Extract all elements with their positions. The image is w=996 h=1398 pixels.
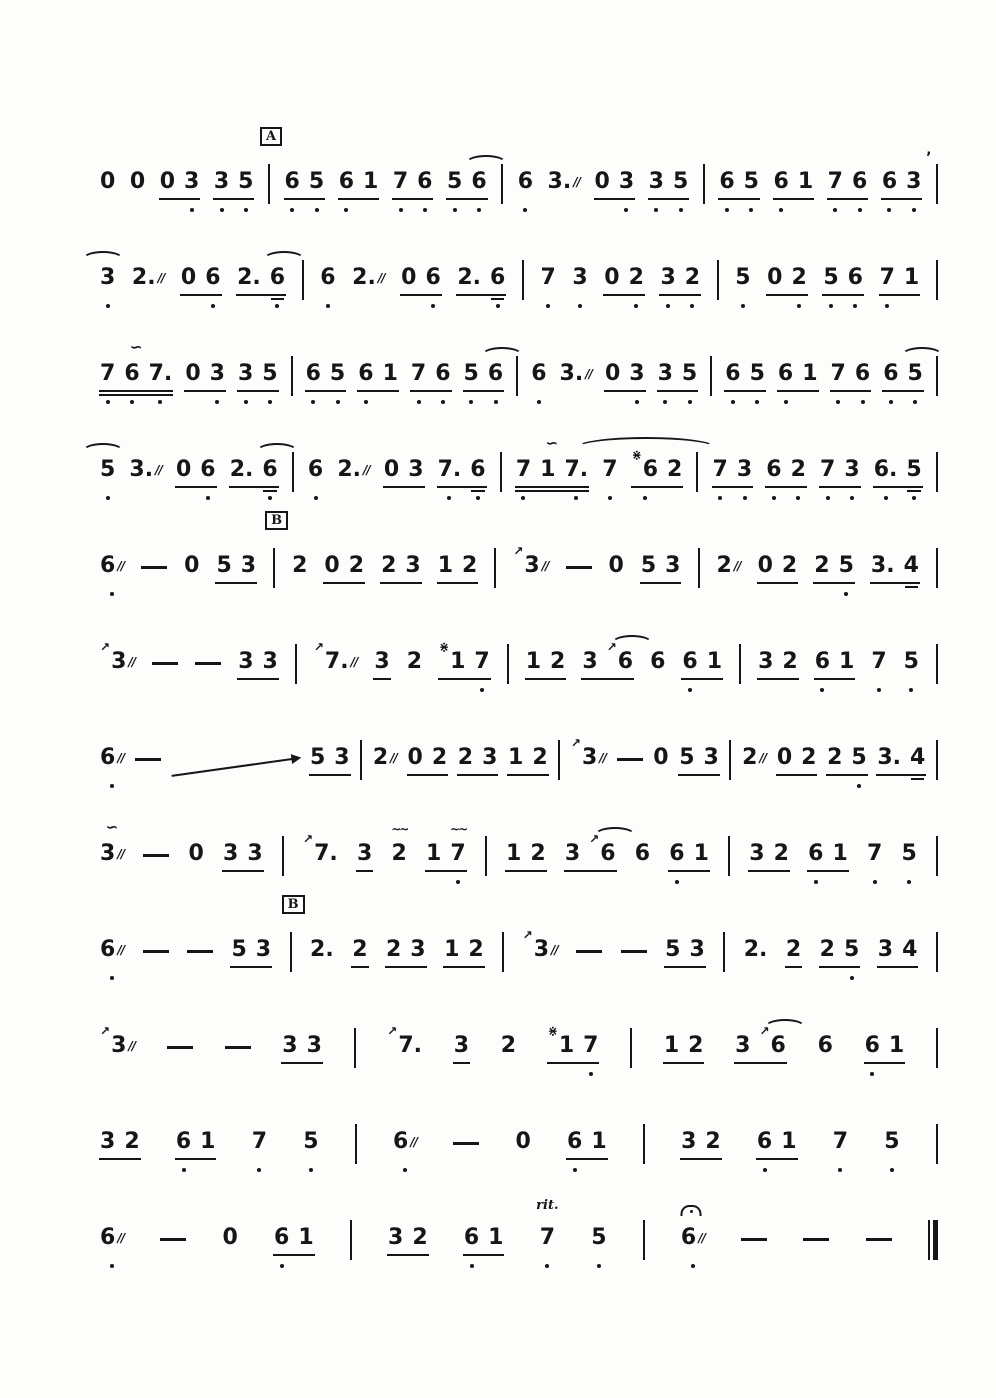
note: 3	[241, 552, 256, 580]
note-digit: 2	[352, 936, 367, 963]
note-row: 1	[591, 1128, 606, 1156]
note-digit: 5	[884, 1128, 899, 1155]
octave-dot	[403, 1168, 407, 1172]
beat-underline	[351, 966, 368, 968]
note-digit: 5	[665, 936, 680, 963]
note-digit: 2.	[744, 936, 768, 963]
octave-dot	[441, 400, 445, 404]
note-group: 3	[454, 1032, 469, 1060]
octave-dot	[853, 304, 857, 308]
note-row: 5	[884, 1128, 899, 1156]
tremolo-mark: //	[117, 751, 124, 765]
score-page: 000335A6561765663.//033565617663’32.//06…	[0, 0, 996, 1398]
note: 6//	[393, 1128, 417, 1172]
note-row: 5	[682, 360, 697, 388]
note: 5	[591, 1224, 606, 1268]
note: 5	[908, 360, 923, 404]
beat-underline	[237, 390, 279, 392]
note: 0	[184, 552, 199, 580]
barline	[494, 548, 496, 588]
octave-dot	[690, 304, 694, 308]
note-group: 3.//	[129, 456, 161, 484]
note-digit: 6	[757, 1128, 772, 1155]
note: 3	[247, 840, 262, 868]
note-digit: 1	[798, 168, 813, 195]
octave-dot	[158, 400, 162, 404]
dash-rest	[143, 950, 169, 953]
note: 3	[758, 648, 773, 676]
note: 1	[506, 840, 521, 868]
note-digit: 4	[902, 936, 917, 963]
note-group: 3.4	[871, 552, 919, 580]
octave-dot	[494, 400, 498, 404]
note-row: 5	[665, 936, 680, 964]
note: 3	[256, 936, 271, 964]
note-group: 23	[386, 936, 426, 964]
note: 6	[650, 648, 665, 676]
note-digit: 6	[567, 1128, 582, 1155]
note: 3	[704, 744, 719, 772]
note-digit: 2	[791, 456, 806, 483]
note-digit: 5	[906, 456, 921, 483]
barline	[507, 644, 509, 684]
note: 2	[786, 936, 801, 964]
note-row: 0	[758, 552, 773, 580]
barline-thin	[723, 932, 725, 972]
note-digit: 1	[591, 1128, 606, 1155]
note-row: 7	[411, 360, 426, 388]
note-row: 2	[814, 552, 829, 580]
note-row: 5	[464, 360, 479, 388]
note-row: 3	[357, 840, 372, 868]
note-row: 3	[214, 168, 229, 196]
note-group: 02	[758, 552, 798, 580]
octave-dot	[890, 1168, 894, 1172]
note-digit: 1	[488, 1224, 503, 1251]
note: 7	[713, 456, 728, 500]
note-digit: 1	[200, 1128, 215, 1155]
beat-underline	[819, 486, 861, 488]
note-group: 65	[285, 168, 325, 212]
note-digit: 3	[737, 456, 752, 483]
note: 5	[901, 840, 916, 884]
note-row: ↗6	[589, 840, 615, 868]
note-digit: 3	[405, 552, 420, 579]
beat-underline	[724, 390, 766, 392]
note-digit: 0	[605, 360, 620, 387]
barline	[354, 1028, 356, 1068]
note-group: 3.//	[548, 168, 580, 196]
note: 6	[682, 648, 697, 692]
tremolo-mark: //	[698, 1231, 705, 1245]
note-row: 1	[832, 840, 847, 868]
beat-underline	[581, 678, 634, 680]
note: 6	[725, 360, 740, 404]
note: 5	[100, 456, 115, 500]
note-group: 65	[725, 360, 765, 404]
barline	[360, 740, 362, 780]
note-group: 25	[827, 744, 867, 788]
barline-thin	[936, 1028, 938, 1068]
note-digit: 1	[383, 360, 398, 387]
note: 6	[865, 1032, 880, 1076]
octave-dot	[589, 1072, 593, 1076]
note-group: 7	[602, 456, 617, 500]
note-digit: 3	[658, 360, 673, 387]
note-group: 35	[214, 168, 254, 212]
barline-thin	[710, 356, 712, 396]
note-row: 3	[658, 360, 673, 388]
note-row: 6	[176, 1128, 191, 1156]
note-digit: 3.	[871, 552, 895, 579]
octave-dot	[211, 304, 215, 308]
note: 6	[778, 360, 793, 404]
note-group: 65	[883, 360, 923, 404]
note-digit: 6	[285, 168, 300, 195]
note-digit: 2	[432, 744, 447, 771]
note-digit: 5	[641, 552, 656, 579]
barline-thin	[360, 740, 362, 780]
note-digit: 6	[417, 168, 432, 195]
beat-underline	[380, 582, 422, 584]
note: 4	[902, 936, 917, 964]
note-row: 1	[200, 1128, 215, 1156]
mordent-icon: ∽	[546, 436, 559, 450]
tremolo-mark: //	[734, 559, 741, 573]
beat-underline	[236, 294, 286, 296]
vibrato-icon: ∼∼	[391, 823, 407, 835]
barline-thin	[292, 452, 294, 492]
note-digit: 7.	[398, 1032, 422, 1059]
note-row: 6	[358, 360, 373, 388]
note-digit: 5	[679, 744, 694, 771]
note-row: 2	[667, 456, 682, 484]
note: 6	[818, 1032, 833, 1060]
beat-underline	[876, 774, 926, 776]
note-row: 1	[438, 552, 453, 580]
note: 2	[349, 552, 364, 580]
note-row: 6	[815, 648, 830, 676]
dash-rest	[566, 566, 592, 569]
note: 3	[565, 840, 580, 868]
mordent-icon: ∽	[130, 340, 143, 354]
note-group: 03	[185, 360, 225, 404]
beat-underline	[663, 1062, 705, 1064]
note-row: 1	[889, 1032, 904, 1060]
tremolo-mark: //	[117, 1231, 124, 1245]
note-group: 06	[176, 456, 216, 500]
note-digit: 3	[572, 264, 587, 291]
note-digit: 3	[263, 648, 278, 675]
note-row: 0	[653, 744, 668, 772]
barline-thin	[936, 356, 938, 396]
note-group: 3↗6	[565, 840, 616, 868]
barline	[630, 1028, 632, 1068]
note-digit: 6	[306, 360, 321, 387]
notation-line: 53.//062.662.//037.6717.∽7⋇627362736.5	[100, 456, 938, 518]
note-digit: 3	[184, 168, 199, 195]
tremolo-mark: //	[363, 463, 370, 477]
note-digit: 6.	[874, 456, 898, 483]
note-group: 0	[222, 1224, 237, 1252]
note-group: 02	[777, 744, 817, 772]
note-group: 6	[308, 456, 323, 500]
rehearsal-mark-a: A	[260, 127, 282, 146]
octave-dot	[496, 304, 500, 308]
note-row: 5	[591, 1224, 606, 1252]
note-row: 7	[880, 264, 895, 292]
note-row: ↗6	[607, 648, 633, 676]
note: 2.	[237, 264, 261, 292]
note: 3	[408, 456, 423, 484]
note-digit: 5	[851, 744, 866, 771]
note-digit: 3	[689, 936, 704, 963]
note-row: 6	[320, 264, 335, 292]
note: 3	[357, 840, 372, 868]
note: 2	[468, 936, 483, 964]
note: 0	[324, 552, 339, 580]
barline	[558, 740, 560, 780]
octave-dot	[206, 496, 210, 500]
note-row: 3	[665, 552, 680, 580]
beat-underline	[229, 486, 279, 488]
octave-dot	[912, 208, 916, 212]
note-digit: 3	[582, 648, 597, 675]
note-digit: 0	[777, 744, 792, 771]
note-row: 5	[231, 936, 246, 964]
note-digit: 6	[682, 648, 697, 675]
note: 3	[307, 1032, 322, 1060]
note: ↗3//	[571, 744, 606, 772]
note-digit: 0	[767, 264, 782, 291]
note-digit: 6	[808, 840, 823, 867]
slide-up-icon: ↗	[314, 640, 324, 654]
note: 3	[749, 840, 764, 868]
note-row: 6	[488, 360, 503, 388]
note-digit: 5	[908, 360, 923, 387]
note-group: 76	[831, 360, 871, 404]
barline-thin	[928, 1220, 930, 1260]
octave-dot	[887, 208, 891, 212]
note-digit: 2	[629, 264, 644, 291]
octave-dot	[913, 400, 917, 404]
note-digit: 6	[774, 168, 789, 195]
note: 6	[766, 456, 781, 500]
note-digit: 3	[223, 840, 238, 867]
note: 3.//	[129, 456, 161, 484]
note-digit: 5	[591, 1224, 606, 1251]
note: 2	[407, 648, 422, 676]
note-row: 7	[833, 1128, 848, 1156]
octave-dot	[110, 1264, 114, 1268]
note-digit: 2	[381, 552, 396, 579]
note: 7	[252, 1128, 267, 1172]
note-digit: 3.	[129, 456, 153, 483]
note: 1	[438, 552, 453, 580]
beat-underline	[718, 198, 760, 200]
note-digit: 5	[464, 360, 479, 387]
note: 0	[222, 1224, 237, 1252]
beat-underline	[830, 390, 872, 392]
note-group: 03	[605, 360, 645, 404]
octave-dot	[885, 304, 889, 308]
note: 0	[188, 840, 203, 868]
note-group: 717.∽	[516, 456, 588, 500]
beat-underline	[785, 966, 802, 968]
note-digit: 5	[303, 1128, 318, 1155]
note-group: 6.5	[874, 456, 922, 500]
dash-rest	[135, 758, 161, 761]
notation-line: 6//53B2.22312↗3//532.22534	[100, 936, 938, 998]
note-group: 5	[884, 1128, 899, 1172]
octave-dot	[643, 496, 647, 500]
note-digit: 5	[330, 360, 345, 387]
note-row: 2	[532, 744, 547, 772]
octave-dot	[523, 208, 527, 212]
barline	[698, 548, 700, 588]
octave-dot	[336, 400, 340, 404]
note-digit: 2	[705, 1128, 720, 1155]
note-digit: 7	[540, 1224, 555, 1251]
barline-thin	[350, 1220, 352, 1260]
octave-dot	[480, 688, 484, 692]
note: 2	[412, 1224, 427, 1252]
note-row: 0	[384, 456, 399, 484]
beat-underline	[392, 198, 434, 200]
beat-underline	[826, 774, 868, 776]
octave-dot	[578, 304, 582, 308]
barline-thin	[302, 260, 304, 300]
beat-underline	[819, 966, 861, 968]
octave-dot	[909, 688, 913, 692]
note-row: 2.	[310, 936, 334, 964]
note-digit: 5	[447, 168, 462, 195]
octave-dot	[280, 1264, 284, 1268]
note-digit: 3	[111, 648, 126, 675]
note: 1	[298, 1224, 313, 1252]
note-group: 61	[176, 1128, 216, 1172]
barline-thin	[522, 260, 524, 300]
tremolo-mark: //	[585, 367, 592, 381]
note-digit: 0	[176, 456, 191, 483]
octave-dot	[469, 400, 473, 404]
note-digit: 0	[100, 168, 115, 195]
barline	[703, 164, 705, 204]
barline-thin	[354, 1028, 356, 1068]
note-group: 61	[757, 1128, 797, 1172]
beat-underline	[505, 870, 547, 872]
note-row: 6	[757, 1128, 772, 1156]
note-row: 3	[681, 1128, 696, 1156]
note-row: 0	[605, 360, 620, 388]
note: 2.//	[132, 264, 164, 292]
barline-thin	[936, 932, 938, 972]
dash-rest	[617, 758, 643, 761]
note-row: 7	[602, 456, 617, 484]
beat-underline	[400, 294, 442, 296]
tremolo-mark: //	[155, 463, 162, 477]
barline	[728, 836, 730, 876]
note-digit: 6	[848, 264, 863, 291]
note-row: 5	[844, 936, 859, 964]
octave-dot	[844, 592, 848, 596]
note: 3	[334, 744, 349, 772]
note-group: 3↗6	[735, 1032, 786, 1060]
beat-underline	[564, 870, 617, 872]
notation-line: 767.∽03356561765663.//033565617665	[100, 360, 938, 422]
note: 2	[782, 552, 797, 580]
note-group: 61	[274, 1224, 314, 1268]
note-row: 6	[635, 840, 650, 868]
note: 1	[781, 1128, 796, 1156]
octave-dot	[833, 208, 837, 212]
octave-dot	[573, 1168, 577, 1172]
beat-underline	[437, 486, 487, 488]
note: 1	[200, 1128, 215, 1156]
rehearsal-mark-b: B	[265, 511, 288, 530]
octave-dot	[624, 208, 628, 212]
note-digit: 3	[210, 360, 225, 387]
note-digit: 6	[815, 648, 830, 675]
note: 1	[904, 264, 919, 292]
note: 3	[374, 648, 389, 676]
note-row: 3	[374, 648, 389, 676]
tie-arc	[594, 827, 636, 844]
note: 6	[518, 168, 533, 212]
note-digit: 2	[801, 744, 816, 771]
octave-dot	[725, 208, 729, 212]
note-row: ↗3//	[523, 936, 558, 964]
extra-underline	[911, 778, 924, 780]
dash-rest	[866, 1238, 892, 1241]
note-digit: 6	[464, 1224, 479, 1251]
note-row: 2	[820, 936, 835, 964]
note: 7	[871, 648, 886, 692]
tremolo-mark: //	[351, 655, 358, 669]
dash-rest	[803, 1238, 829, 1241]
octave-dot	[784, 400, 788, 404]
note-group: 6	[320, 264, 335, 308]
note-row: 2	[349, 552, 364, 580]
octave-dot	[470, 1264, 474, 1268]
note: 3	[454, 1032, 469, 1060]
barline	[355, 1124, 357, 1164]
note-row: 5	[100, 456, 115, 484]
note-digit: 2	[688, 1032, 703, 1059]
note-row: 6	[518, 168, 533, 196]
note: 0	[130, 168, 145, 196]
note: 3	[100, 1128, 115, 1156]
note-digit: 2	[501, 1032, 516, 1059]
note-digit: 1	[832, 840, 847, 867]
note-digit: 3	[758, 648, 773, 675]
barline	[936, 836, 938, 876]
note: 5	[238, 168, 253, 212]
note: 6	[435, 360, 450, 404]
note: 2∼∼	[391, 840, 406, 868]
note: 6//	[100, 1224, 124, 1268]
note-digit: 2	[685, 264, 700, 291]
note-group: 2.6	[457, 264, 505, 308]
barline	[936, 740, 938, 780]
note-group: 7rit.	[540, 1224, 555, 1268]
note-group: 12	[664, 1032, 704, 1060]
notation-line: 6//06132617rit.56//	[100, 1224, 938, 1286]
octave-dot	[675, 880, 679, 884]
note-row: 3	[263, 648, 278, 676]
note-digit: 2	[814, 552, 829, 579]
dash-rest	[141, 566, 167, 569]
